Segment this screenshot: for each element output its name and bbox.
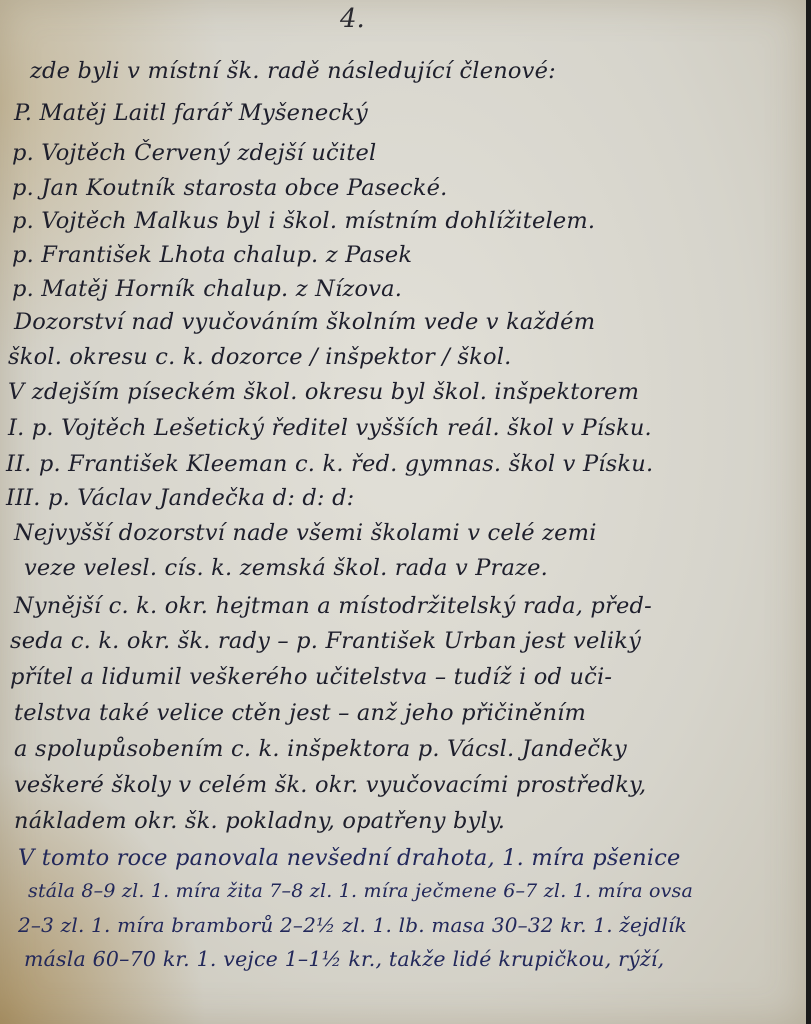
text-line-3: p. Vojtěch Červený zdejší učitel [12,140,376,166]
page-number: 4. [340,4,365,34]
text-line-9: škol. okresu c. k. dozorce / inšpektor /… [8,344,512,370]
text-line-20: a spolupůsobením c. k. inšpektora p. Vác… [14,736,627,762]
text-line-4: p. Jan Koutník starosta obce Pasecké. [12,175,448,201]
text-line-14: Nejvyšší dozorství nade všemi školami v … [14,520,597,546]
text-line-2: P. Matěj Laitl farář Myšenecký [14,100,368,126]
text-line-13: III. p. Václav Jandečka d: d: d: [6,485,354,511]
text-line-15: veze velesl. cís. k. zemská škol. rada v… [24,555,548,581]
text-line-1: zde byli v místní šk. radě následující č… [30,58,710,84]
text-line-17: seda c. k. okr. šk. rady – p. František … [10,628,641,654]
text-line-25: 2–3 zl. 1. míra bramborů 2–2½ zl. 1. lb.… [18,913,687,937]
text-line-26: másla 60–70 kr. 1. vejce 1–1½ kr., takže… [24,947,664,971]
text-line-12: II. p. František Kleeman c. k. řed. gymn… [6,451,653,477]
text-line-18: přítel a lidumil veškerého učitelstva – … [10,664,612,690]
text-line-10: V zdejším píseckém škol. okresu byl škol… [8,379,639,405]
text-line-24: stála 8–9 zl. 1. míra žita 7–8 zl. 1. mí… [28,880,693,902]
text-line-16: Nynější c. k. okr. hejtman a místodržite… [14,593,652,619]
manuscript-page: 4. zde byli v místní šk. radě následujíc… [0,0,806,1024]
text-line-6: p. František Lhota chalup. z Pasek [12,242,412,268]
text-line-21: veškeré školy v celém šk. okr. vyučovací… [14,772,646,798]
text-line-22: nákladem okr. šk. pokladny, opatřeny byl… [14,808,505,834]
page-edge [806,0,811,1024]
text-line-19: telstva také velice ctěn jest – anž jeho… [14,700,586,726]
text-line-23: V tomto roce panovala nevšední drahota, … [18,845,681,871]
text-line-5: p. Vojtěch Malkus byl i škol. místním do… [12,208,595,234]
text-line-7: p. Matěj Horník chalup. z Nízova. [12,276,402,302]
text-line-11: I. p. Vojtěch Lešetický ředitel vyšších … [8,415,652,441]
text-line-8: Dozorství nad vyučováním školním vede v … [14,309,595,335]
